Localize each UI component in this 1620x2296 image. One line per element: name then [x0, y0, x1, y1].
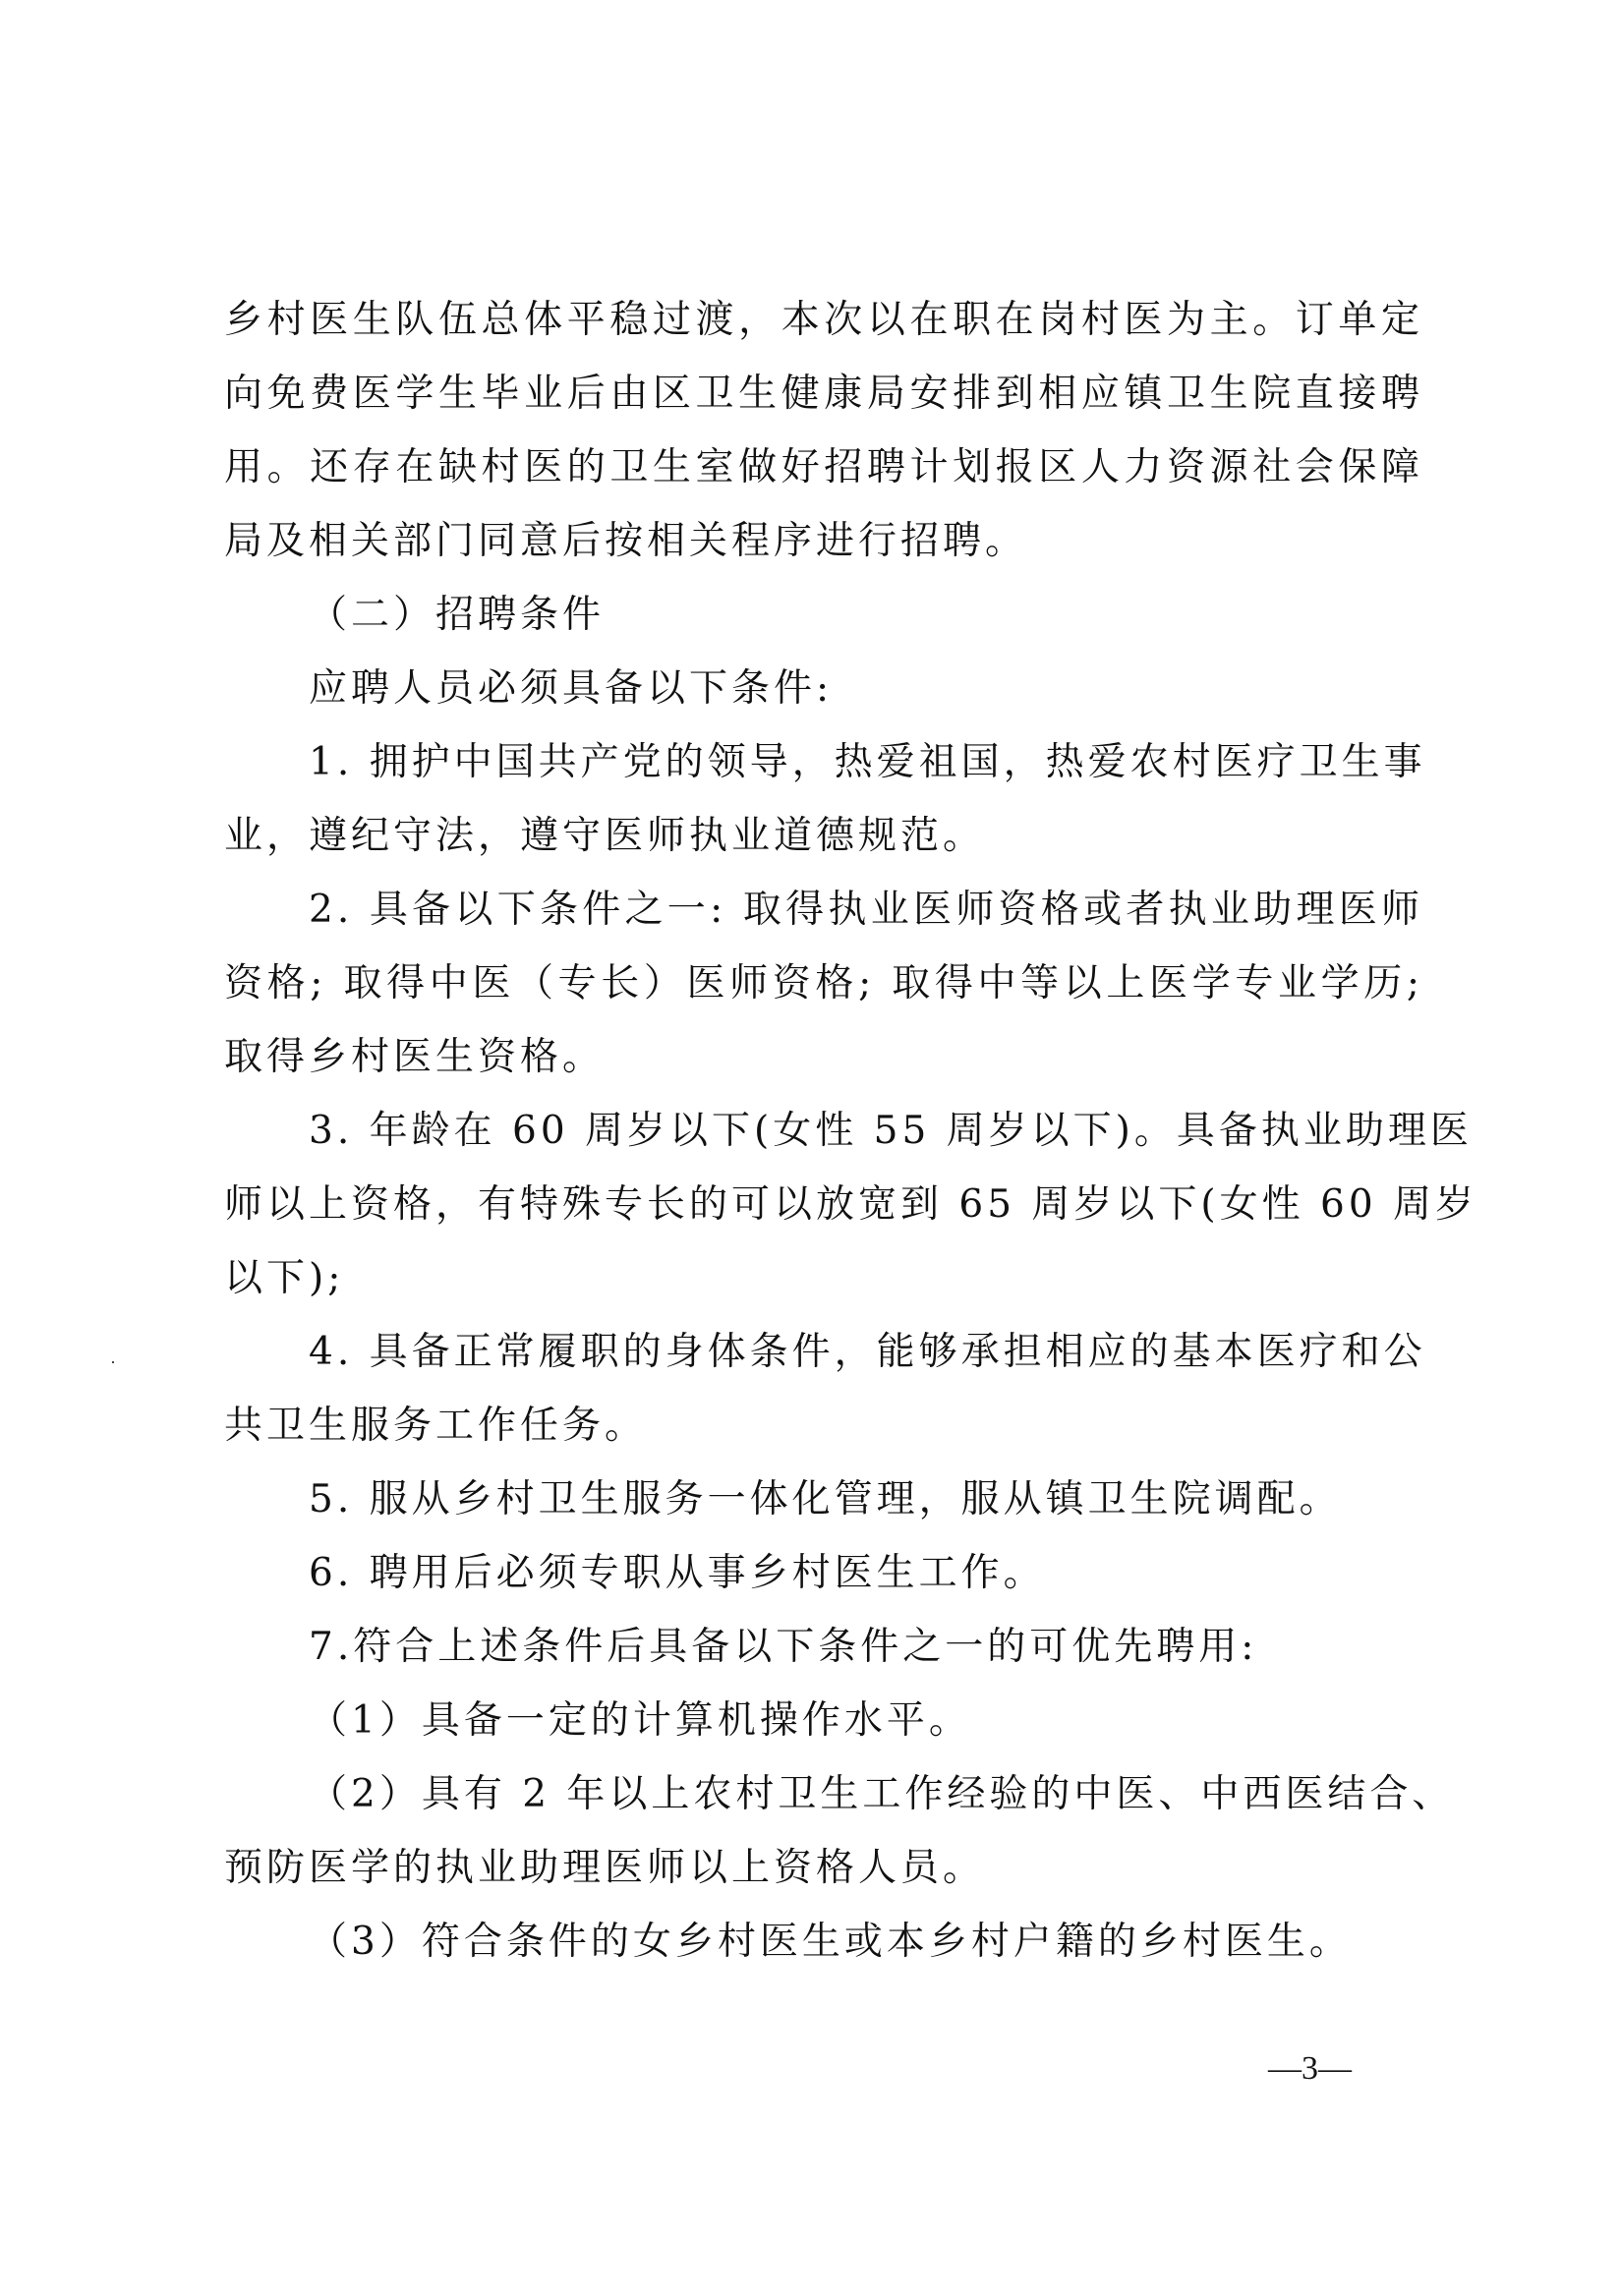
- sub-item-3: （3）符合条件的女乡村医生或本乡村户籍的乡村医生。: [224, 1905, 1423, 1979]
- list-item-3-cont: 以下);: [224, 1241, 1423, 1315]
- list-item-6: 6. 聘用后必须专职从事乡村医生工作。: [224, 1536, 1423, 1610]
- list-item-2: 2. 具备以下条件之一: 取得执业医师资格或者执业助理医师: [224, 873, 1423, 947]
- list-item-7: 7.符合上述条件后具备以下条件之一的可优先聘用:: [224, 1610, 1423, 1684]
- scan-artifact: [112, 1361, 114, 1363]
- list-item-4: 4. 具备正常履职的身体条件，能够承担相应的基本医疗和公: [224, 1315, 1423, 1389]
- list-item-2-cont: 资格; 取得中医（专长）医师资格; 取得中等以上医学专业学历;: [224, 947, 1423, 1020]
- document-page: 乡村医生队伍总体平稳过渡，本次以在职在岗村医为主。订单定 向免费医学生毕业后由区…: [0, 0, 1620, 2296]
- paragraph-line: 局及相关部门同意后按相关程序进行招聘。: [224, 504, 1423, 578]
- list-item-1: 1. 拥护中国共产党的领导，热爱祖国，热爱农村医疗卫生事: [224, 725, 1423, 799]
- list-item-3: 3. 年龄在 60 周岁以下(女性 55 周岁以下)。具备执业助理医: [224, 1094, 1423, 1168]
- section-heading: （二）招聘条件: [224, 578, 1423, 652]
- list-item-3-cont: 师以上资格，有特殊专长的可以放宽到 65 周岁以下(女性 60 周岁: [224, 1168, 1423, 1241]
- sub-item-2: （2）具有 2 年以上农村卫生工作经验的中医、中西医结合、: [224, 1757, 1423, 1831]
- sub-item-1: （1）具备一定的计算机操作水平。: [224, 1684, 1423, 1757]
- page-number: —3—: [1268, 2044, 1352, 2094]
- document-body: 乡村医生队伍总体平稳过渡，本次以在职在岗村医为主。订单定 向免费医学生毕业后由区…: [224, 283, 1423, 1979]
- list-item-2-cont: 取得乡村医生资格。: [224, 1020, 1423, 1094]
- list-item-4-cont: 共卫生服务工作任务。: [224, 1389, 1423, 1463]
- paragraph-line: 应聘人员必须具备以下条件:: [224, 652, 1423, 725]
- paragraph-line: 向免费医学生毕业后由区卫生健康局安排到相应镇卫生院直接聘: [224, 357, 1423, 430]
- list-item-1-cont: 业，遵纪守法，遵守医师执业道德规范。: [224, 799, 1423, 873]
- sub-item-2-cont: 预防医学的执业助理医师以上资格人员。: [224, 1831, 1423, 1905]
- paragraph-line: 乡村医生队伍总体平稳过渡，本次以在职在岗村医为主。订单定: [224, 283, 1423, 357]
- list-item-5: 5. 服从乡村卫生服务一体化管理，服从镇卫生院调配。: [224, 1463, 1423, 1536]
- paragraph-line: 用。还存在缺村医的卫生室做好招聘计划报区人力资源社会保障: [224, 430, 1423, 504]
